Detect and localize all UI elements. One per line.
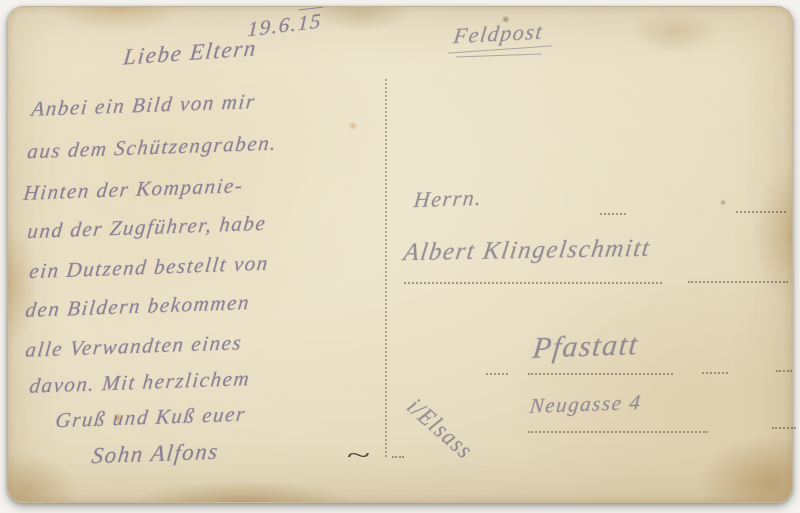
address-recipient-name: Albert Klingelschmitt [402,235,653,267]
dotted-line [392,456,404,458]
dotted-line [528,373,673,375]
dotted-line [688,281,788,283]
message-signature: Sohn Alfons [90,439,220,469]
postcard-back: ~ 19.6.15 Feldpost Liebe Eltern Anbei ei… [7,6,793,503]
message-line: aus dem Schützengraben. [26,131,278,165]
dotted-line [776,370,792,372]
dotted-line [404,282,662,284]
address-recipient-title: Herrn. [412,185,483,213]
dotted-line [702,372,728,374]
message-line: alle Verwandten eines [24,330,243,363]
message-line: Gruß und Kuß euer [54,402,247,434]
feldpost-underline-2 [456,53,542,57]
message-line: Hinten der Kompanie- [22,173,245,206]
message-line: Anbei ein Bild von mir [30,89,257,122]
address-street: Neugasse 4 [528,390,642,419]
dotted-line [528,431,708,433]
message-line: und der Zugführer, habe [26,211,268,244]
message-line: davon. Mit herzlichem [28,366,251,399]
printer-squiggle-mark: ~ [347,443,370,470]
dotted-line [600,213,626,215]
handwritten-date: 19.6.15 [247,9,323,43]
address-town: Pfastatt [531,328,640,366]
address-region: i/Elsass [401,393,479,465]
dotted-line [772,427,796,429]
message-salutation: Liebe Eltern [122,35,258,70]
message-line: den Bildern bekommen [24,290,251,323]
divider-dotted-line [385,79,387,457]
dotted-line [486,373,508,375]
dotted-line [736,211,786,213]
message-line: ein Dutzend bestellt von [28,251,270,284]
feldpost-label: Feldpost [452,19,545,50]
date-year: 15 [297,7,323,36]
scanned-postcard-page: { "scan": { "date_prefix": "19.6.", "dat… [0,0,800,513]
